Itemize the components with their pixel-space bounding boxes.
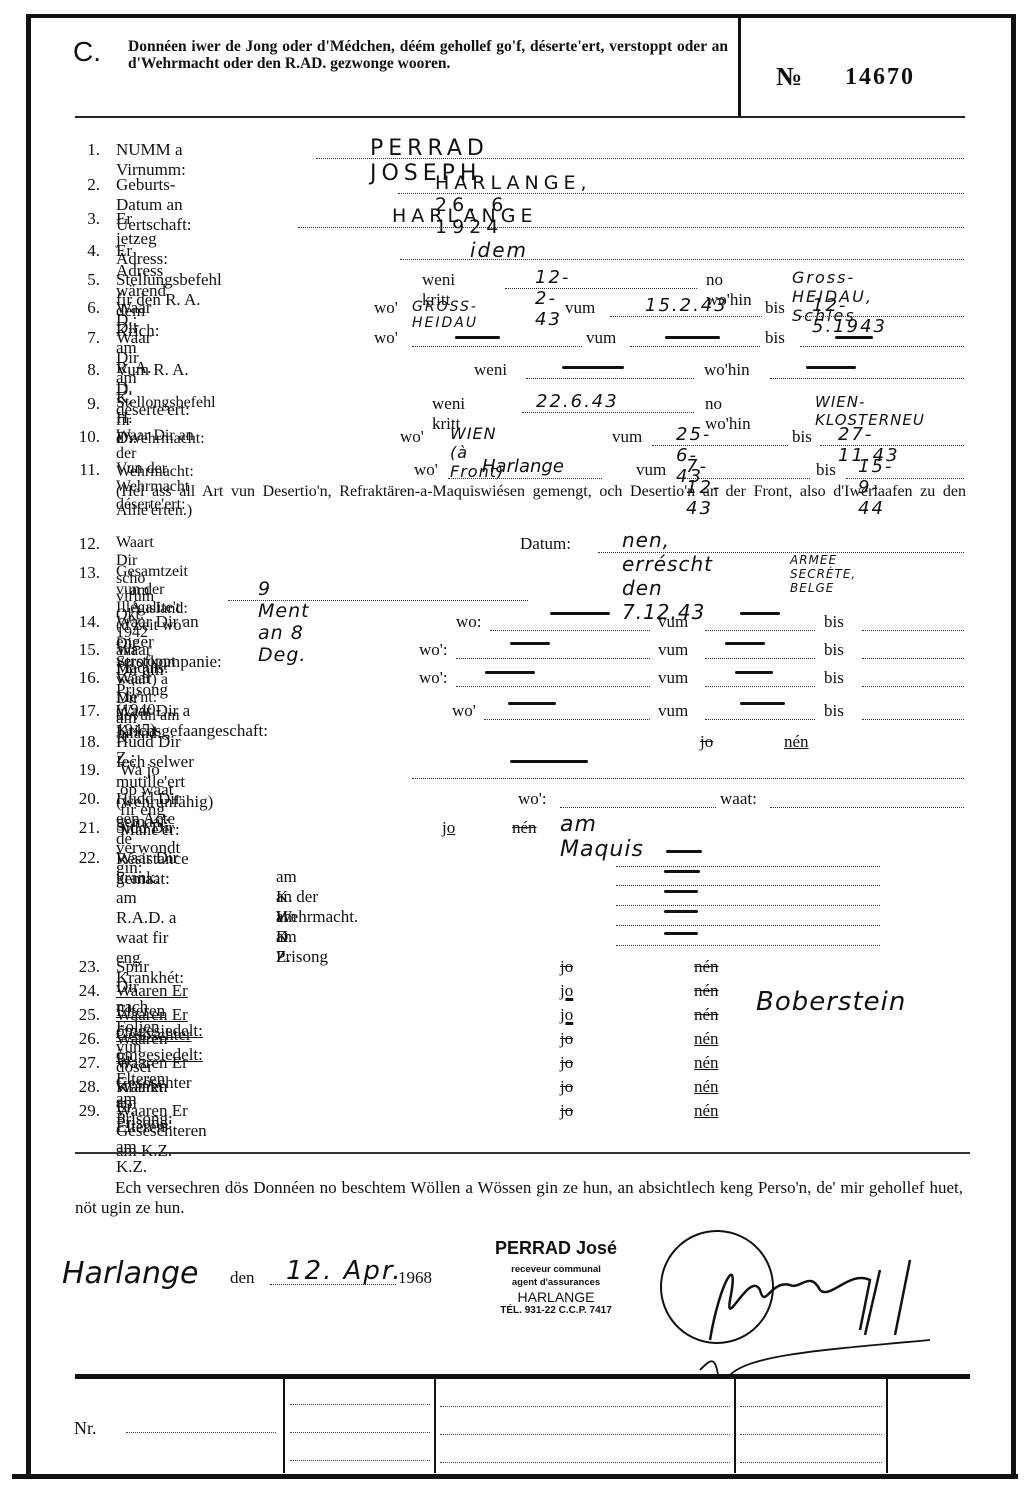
section-title: Donnéen iwer de Jong oder d'Médchen, déé… xyxy=(128,38,728,72)
answer-handwritten: 9 Ment an 8 Deg. xyxy=(258,578,310,666)
option-no[interactable]: nén xyxy=(784,732,809,752)
footer-field[interactable] xyxy=(440,1462,730,1463)
option-yes[interactable]: jo xyxy=(700,732,713,752)
question-number: 25. xyxy=(70,1005,100,1025)
field-key: bis xyxy=(816,460,836,480)
answer-field[interactable] xyxy=(862,612,964,631)
field-key: wo': xyxy=(518,789,547,809)
question-number: 12. xyxy=(70,534,100,554)
footer-field[interactable] xyxy=(740,1406,882,1407)
option-no[interactable]: nén xyxy=(694,981,719,1001)
dash-mark xyxy=(740,612,780,615)
field-key: bis xyxy=(765,328,785,348)
question-number: 26. xyxy=(70,1029,100,1049)
question-number: 28. xyxy=(70,1077,100,1097)
question-number: 10. xyxy=(70,427,100,447)
dash-mark xyxy=(664,870,700,873)
option-no[interactable]: nén xyxy=(512,818,537,838)
answer-handwritten: GROSS-HEIDAU xyxy=(412,299,478,331)
dash-mark xyxy=(485,671,535,674)
answer-field[interactable] xyxy=(862,640,964,659)
question-number: 1. xyxy=(70,140,100,160)
field-key: Datum: xyxy=(520,534,571,554)
answer-field[interactable] xyxy=(705,612,815,631)
question-number: 7. xyxy=(70,328,100,348)
dash-mark xyxy=(666,850,702,853)
option-yes[interactable]: jo xyxy=(560,981,573,1001)
field-key: wo: xyxy=(456,612,482,632)
option-no[interactable]: nén xyxy=(694,1077,719,1097)
question-number: 21. xyxy=(70,818,100,838)
field-key: vum xyxy=(658,640,688,660)
answer-field[interactable] xyxy=(490,612,650,631)
footer-column-divider xyxy=(734,1378,736,1473)
option-yes[interactable]: jo xyxy=(560,1005,573,1025)
footer-field[interactable] xyxy=(740,1462,882,1463)
section-divider xyxy=(75,1152,970,1154)
field-key: vum xyxy=(658,668,688,688)
dash-mark xyxy=(664,932,698,935)
footer-field[interactable] xyxy=(290,1460,430,1461)
option-no[interactable]: nén xyxy=(694,1101,719,1121)
question-number: 8. xyxy=(70,360,100,380)
answer-field[interactable] xyxy=(770,360,964,379)
field-key: bis xyxy=(792,427,812,447)
question-number: 22. xyxy=(70,848,100,868)
question-number: 14. xyxy=(70,612,100,632)
answer-field[interactable] xyxy=(526,360,694,379)
question-number: 6. xyxy=(70,298,100,318)
answer-field[interactable] xyxy=(560,789,716,808)
field-key: bis xyxy=(824,668,844,688)
question-number: 27. xyxy=(70,1053,100,1073)
footer-column-divider xyxy=(283,1378,285,1473)
field-key: wo' xyxy=(414,460,438,480)
question-number: 23. xyxy=(70,957,100,977)
field-key: wo' xyxy=(374,328,398,348)
declaration-text: Ech versechren dös Donnéen no beschtem W… xyxy=(75,1178,963,1218)
option-no[interactable]: nén xyxy=(694,1005,719,1025)
den-label: den xyxy=(230,1268,255,1288)
option-no[interactable]: nén xyxy=(694,1029,719,1049)
year-label: 1968 xyxy=(398,1268,432,1288)
footer-field[interactable] xyxy=(740,1434,882,1435)
number-label: № xyxy=(776,62,802,92)
question-sublabel: am Prisong xyxy=(276,927,328,967)
answer-field[interactable] xyxy=(505,270,697,289)
stamp-contact: TÉL. 931-22 C.C.P. 7417 xyxy=(495,1305,617,1316)
question-number: 16. xyxy=(70,668,100,688)
question-number: 9. xyxy=(70,394,100,414)
dash-mark xyxy=(725,642,765,645)
place-handwritten: Harlange xyxy=(62,1256,199,1291)
answer-handwritten: Boberstein xyxy=(756,987,906,1017)
footer-rule xyxy=(75,1374,970,1379)
field-key: weni xyxy=(474,360,507,380)
field-key: wo' xyxy=(452,701,476,721)
footer-field[interactable] xyxy=(290,1432,430,1433)
bottom-rule xyxy=(12,1474,1018,1479)
answer-handwritten: 15.2.43 xyxy=(645,295,728,316)
answer-field[interactable] xyxy=(616,867,880,886)
question-number: 3. xyxy=(70,209,100,229)
answer-field[interactable] xyxy=(770,789,964,808)
dash-mark xyxy=(455,336,500,339)
dash-mark xyxy=(510,642,550,645)
option-yes[interactable]: jo xyxy=(560,1101,573,1121)
field-key: vum xyxy=(612,427,642,447)
answer-field[interactable] xyxy=(862,668,964,687)
stamp-town: HARLANGE xyxy=(495,1289,617,1305)
question-number: 18. xyxy=(70,732,100,752)
answer-handwritten: Harlange xyxy=(482,456,564,477)
signature-scribble-icon xyxy=(670,1240,940,1380)
answer-handwritten: HARLANGE xyxy=(392,205,537,227)
field-key: vum xyxy=(586,328,616,348)
field-key: wo': xyxy=(419,640,448,660)
dash-mark xyxy=(562,366,624,369)
dash-mark xyxy=(664,890,698,893)
answer-field[interactable] xyxy=(800,328,964,347)
answer-field[interactable] xyxy=(862,701,964,720)
field-key: vum xyxy=(565,298,595,318)
question-number: 15. xyxy=(70,640,100,660)
answer-handwritten: 22.6.43 xyxy=(536,391,619,412)
field-key: waat: xyxy=(720,789,757,809)
field-key: wo' xyxy=(400,427,424,447)
field-key: vum xyxy=(658,612,688,632)
field-key: vum xyxy=(636,460,666,480)
field-key: wo': xyxy=(419,668,448,688)
dash-mark xyxy=(665,336,720,339)
option-yes[interactable]: jo xyxy=(560,957,573,977)
field-key: bis xyxy=(824,640,844,660)
footer-field[interactable] xyxy=(290,1404,430,1405)
answer-field[interactable] xyxy=(616,907,880,926)
stamp-name: PERRAD José xyxy=(495,1238,617,1259)
question-label: NUMM a Virnumm: xyxy=(116,140,186,180)
answer-field[interactable] xyxy=(616,927,880,946)
field-key: vum xyxy=(658,701,688,721)
field-key: bis xyxy=(824,701,844,721)
option-yes[interactable]: jo xyxy=(442,818,455,838)
field-key: wo'hin xyxy=(704,360,750,380)
answer-field[interactable] xyxy=(652,427,788,446)
question-number: 17. xyxy=(70,701,100,721)
answer-field[interactable] xyxy=(616,848,880,867)
question-number: 11. xyxy=(70,460,100,480)
field-key: wo' xyxy=(374,298,398,318)
answer-field[interactable] xyxy=(456,640,650,659)
answer-field[interactable] xyxy=(412,760,964,779)
dash-mark xyxy=(835,336,873,339)
answer-field[interactable] xyxy=(616,887,880,906)
footer-column-divider xyxy=(886,1378,888,1473)
stamp-subtitle: agent d'assurances xyxy=(495,1276,617,1289)
footer-column-divider xyxy=(434,1378,436,1473)
section-letter: C. xyxy=(73,36,101,68)
footer-field[interactable] xyxy=(440,1406,730,1407)
option-yes[interactable]: jo xyxy=(560,1053,573,1073)
answer-handwritten: idem xyxy=(470,238,528,262)
question-number: 24. xyxy=(70,981,100,1001)
dash-mark xyxy=(806,366,856,369)
option-yes[interactable]: jo xyxy=(560,1077,573,1097)
footer-field[interactable] xyxy=(440,1434,730,1435)
option-yes[interactable]: jo xyxy=(560,1029,573,1049)
official-stamp: PERRAD José receveur communal agent d'as… xyxy=(495,1238,617,1316)
dash-mark xyxy=(508,702,556,705)
question-number: 19. xyxy=(70,760,100,780)
dash-mark xyxy=(550,612,610,615)
date-handwritten: 12. Apr. xyxy=(286,1256,402,1286)
dash-mark xyxy=(510,760,588,763)
nr-field[interactable] xyxy=(126,1432,276,1433)
dash-mark xyxy=(735,671,773,674)
option-no[interactable]: nén xyxy=(694,957,719,977)
question-number: 2. xyxy=(70,175,100,195)
form-number: 14670 xyxy=(845,64,915,91)
question-number: 13. xyxy=(70,563,100,583)
option-no[interactable]: nén xyxy=(694,1053,719,1073)
answer-handwritten: nen, erréscht den 7.12.43 xyxy=(622,528,713,624)
header-rule xyxy=(75,116,965,118)
field-key: bis xyxy=(765,298,785,318)
header-divider xyxy=(738,18,741,116)
question-11-note: (Hei ass all Art vun Desertio'n, Refrakt… xyxy=(116,482,966,520)
dash-mark xyxy=(664,910,698,913)
nr-label: Nr. xyxy=(74,1418,97,1439)
question-number: 20. xyxy=(70,789,100,809)
dash-mark xyxy=(740,702,785,705)
question-number: 5. xyxy=(70,270,100,290)
stamp-title: receveur communal xyxy=(495,1263,617,1276)
answer-handwritten: ARMEE SECRÈTE, BELGE xyxy=(790,553,856,595)
question-number: 4. xyxy=(70,241,100,261)
question-number: 29. xyxy=(70,1101,100,1121)
field-key: bis xyxy=(824,612,844,632)
